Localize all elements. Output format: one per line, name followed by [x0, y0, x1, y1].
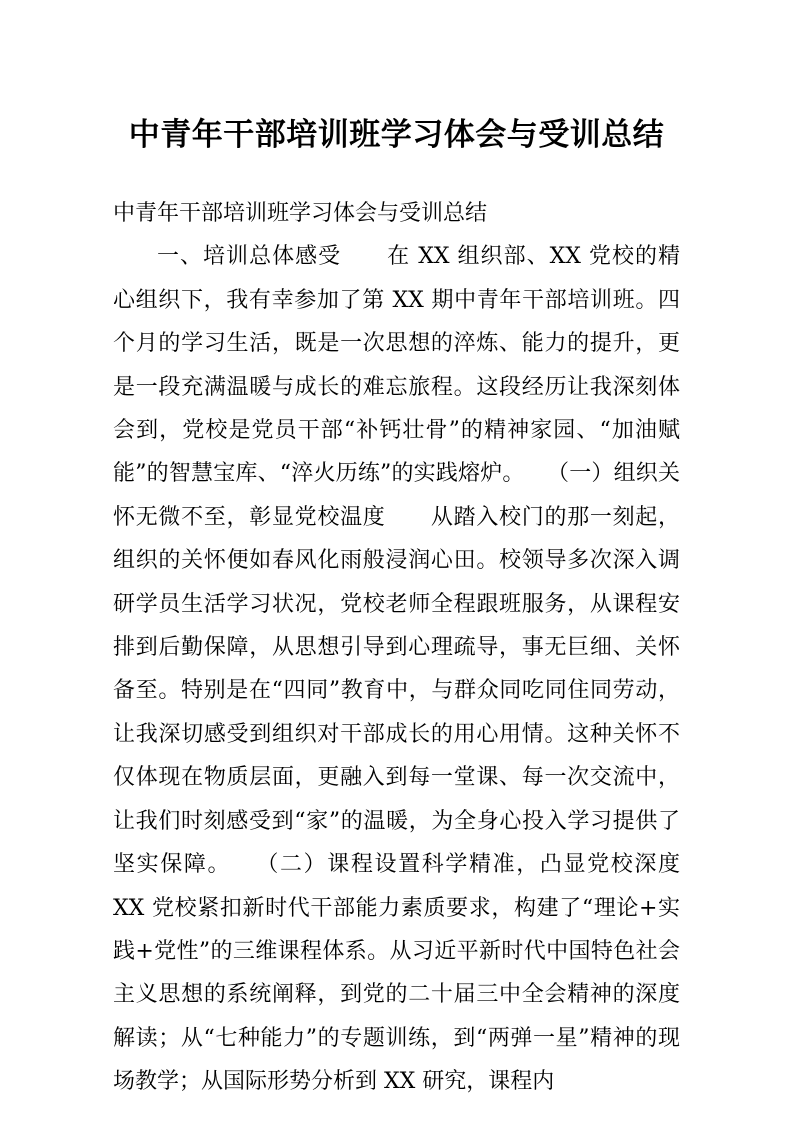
paragraph-title-repeat: 中青年干部培训班学习体会与受训总结 [113, 192, 680, 235]
document-page: 中青年干部培训班学习体会与受训总结 中青年干部培训班学习体会与受训总结 一、培训… [0, 0, 793, 1122]
document-title: 中青年干部培训班学习体会与受训总结 [113, 112, 680, 158]
document-body: 中青年干部培训班学习体会与受训总结 一、培训总体感受 在 XX 组织部、XX 党… [113, 192, 680, 1104]
paragraph-main-text: 一、培训总体感受 在 XX 组织部、XX 党校的精心组织下，我有幸参加了第 XX… [113, 235, 680, 1103]
